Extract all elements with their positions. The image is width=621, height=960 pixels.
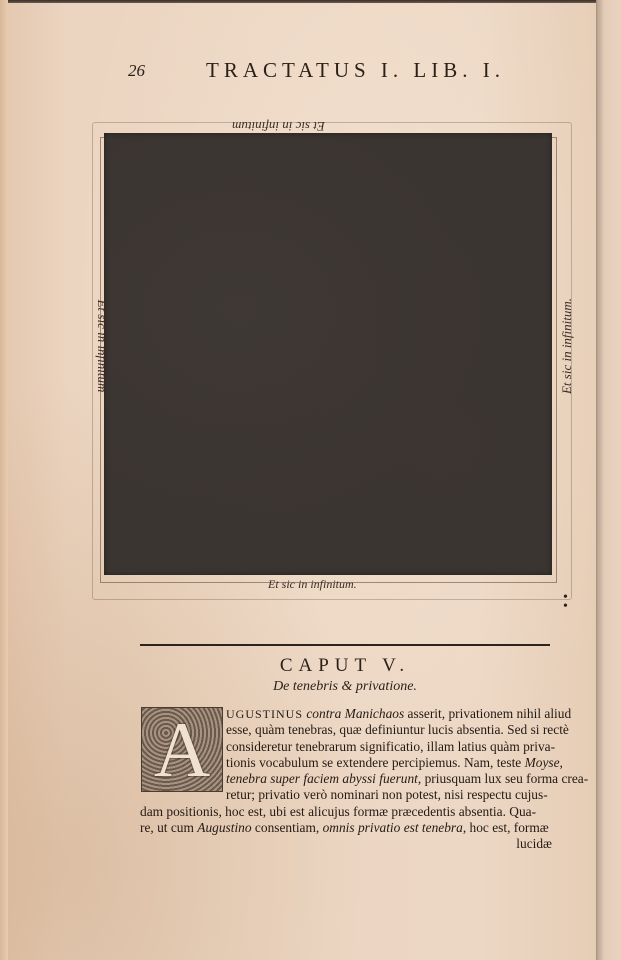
catchword: lucidæ [140,836,552,852]
chapter-subtitle: De tenebris & privatione. [140,679,550,695]
text-line: re, ut cum Augustino consentiam, omnis p… [140,820,552,836]
caption-left: Et sic in infinitum [94,291,110,401]
black-square-engraving [104,133,552,575]
text-line: consideretur tenebrarum significatio, il… [140,739,552,755]
text-line: esse, quàm tenebras, quæ definiuntur luc… [140,722,552,738]
section-rule [140,644,550,646]
text-line: tionis vocabulum se extendere percipiemu… [140,755,552,771]
caption-right: Et sic in infinitum. [559,291,575,401]
next-page-edge [596,0,621,960]
text-line: retur; privatio verò nominari non potest… [140,787,552,803]
text-line: dam positionis, hoc est, ubi est alicuju… [140,804,552,820]
margin-mark: •• [563,593,568,611]
text-line: UGUSTINUS contra Manichaos asserit, priv… [140,706,552,722]
caption-bottom: Et sic in infinitum. [268,577,357,592]
page-number: 26 [128,61,145,81]
body-text: UGUSTINUS contra Manichaos asserit, priv… [140,706,552,853]
chapter-title: CAPUT V. [140,655,550,677]
caption-top: Et sic in infinitum [232,118,325,134]
running-head: TRACTATUS I. LIB. I. [206,58,505,83]
page-header: 26 TRACTATUS I. LIB. I. [128,58,568,88]
page-gutter-edge [0,0,8,960]
text-line: tenebra super faciem abyssi fuerunt, pri… [140,771,552,787]
